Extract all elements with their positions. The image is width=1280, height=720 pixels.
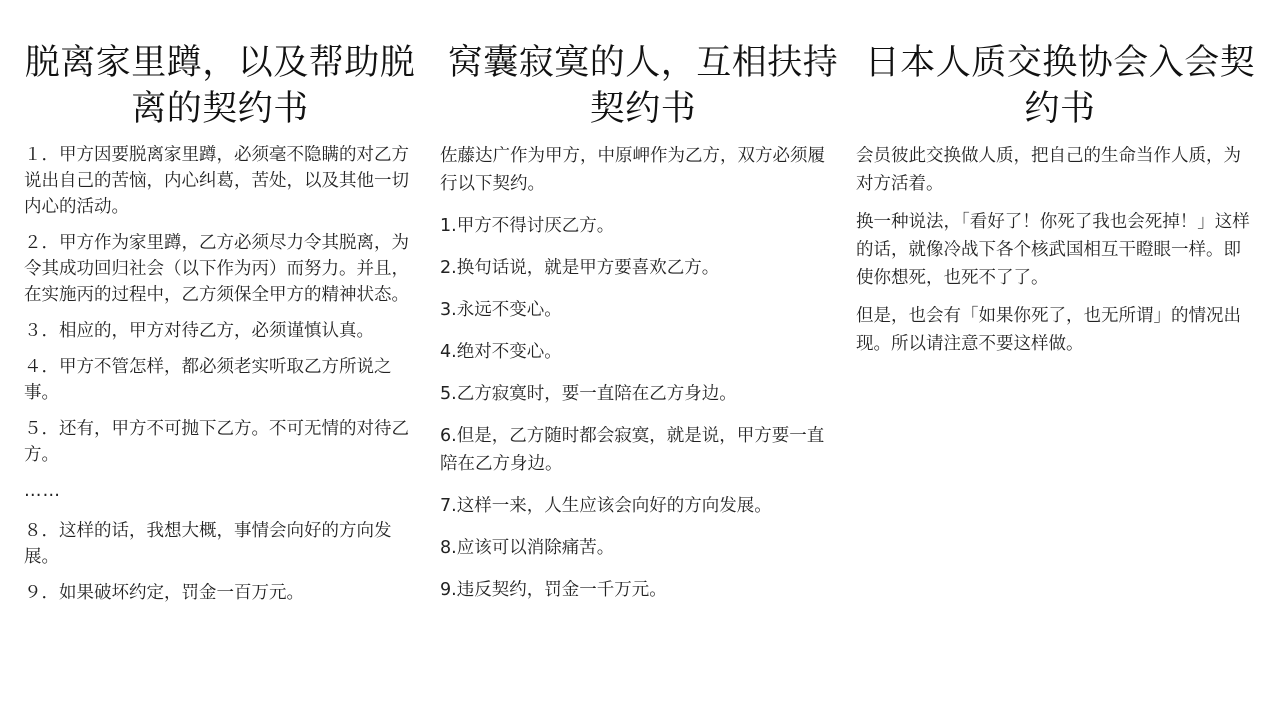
clause-5: 5.乙方寂寞时，要一直陪在乙方身边。	[440, 380, 840, 408]
clause-6: 6.但是，乙方随时都会寂寞，就是说，甲方要一直陪在乙方身边。	[440, 422, 840, 478]
contract-column-hikikomori: 脱离家里蹲，以及帮助脱离的契约书 １．甲方因要脱离家里蹲，必须毫不隐瞒的对乙方说…	[24, 40, 416, 616]
clause-7: 7.这样一来，人生应该会向好的方向发展。	[440, 492, 840, 520]
preamble: 佐藤达广作为甲方，中原岬作为乙方，双方必须履行以下契约。	[440, 142, 840, 198]
clause-2: ２．甲方作为家里蹲，乙方必须尽力令其脱离，为令其成功回归社会（以下作为丙）而努力…	[24, 230, 416, 308]
paragraph-3: 但是，也会有「如果你死了，也无所谓」的情况出现。所以请注意不要这样做。	[856, 302, 1252, 358]
clause-9: 9.违反契约，罚金一千万元。	[440, 576, 840, 604]
clause-ellipsis: ……	[24, 478, 416, 504]
clause-3: ３．相应的，甲方对待乙方，必须谨慎认真。	[24, 318, 416, 344]
clause-1: １．甲方因要脱离家里蹲，必须毫不隐瞒的对乙方说出自己的苦恼，内心纠葛，苦处，以及…	[24, 142, 416, 220]
clause-4: ４．甲方不管怎样，都必须老实听取乙方所说之事。	[24, 354, 416, 406]
clause-2: 2.换句话说，就是甲方要喜欢乙方。	[440, 254, 840, 282]
clause-5: ５．还有，甲方不可抛下乙方。不可无情的对待乙方。	[24, 416, 416, 468]
clause-1: 1.甲方不得讨厌乙方。	[440, 212, 840, 240]
column-body: １．甲方因要脱离家里蹲，必须毫不隐瞒的对乙方说出自己的苦恼，内心纠葛，苦处，以及…	[24, 142, 416, 606]
paragraph-1: 会员彼此交换做人质，把自己的生命当作人质，为对方活着。	[856, 142, 1252, 198]
clause-8: ８．这样的话，我想大概，事情会向好的方向发展。	[24, 518, 416, 570]
paragraph-2: 换一种说法，「看好了！你死了我也会死掉！」这样的话，就像冷战下各个核武国相互干瞪…	[856, 208, 1252, 292]
column-body: 会员彼此交换做人质，把自己的生命当作人质，为对方活着。 换一种说法，「看好了！你…	[856, 142, 1252, 358]
clause-4: 4.绝对不变心。	[440, 338, 840, 366]
column-title: 脱离家里蹲，以及帮助脱离的契约书	[16, 40, 424, 132]
contract-column-hostage-exchange: 日本人质交换协会入会契约书 会员彼此交换做人质，把自己的生命当作人质，为对方活着…	[856, 40, 1252, 368]
contract-column-lonely: 窝囊寂寞的人，互相扶持契约书 佐藤达广作为甲方，中原岬作为乙方，双方必须履行以下…	[440, 40, 840, 618]
column-title: 窝囊寂寞的人，互相扶持契约书	[434, 40, 852, 132]
clause-9: ９．如果破坏约定，罚金一百万元。	[24, 580, 416, 606]
clause-3: 3.永远不变心。	[440, 296, 840, 324]
column-title: 日本人质交换协会入会契约书	[854, 40, 1266, 132]
clause-8: 8.应该可以消除痛苦。	[440, 534, 840, 562]
column-body: 佐藤达广作为甲方，中原岬作为乙方，双方必须履行以下契约。 1.甲方不得讨厌乙方。…	[440, 142, 840, 604]
